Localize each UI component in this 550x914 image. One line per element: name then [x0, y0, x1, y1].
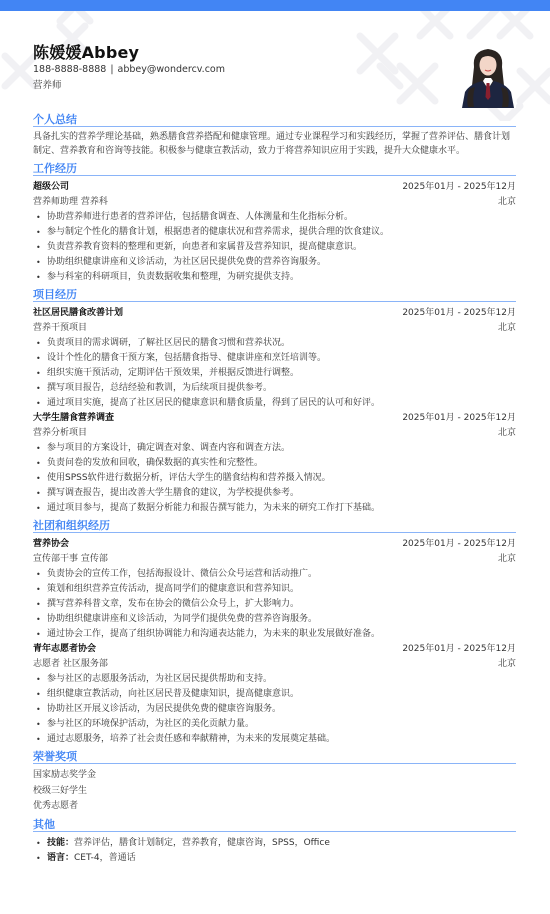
bullet-item: 协助组织健康讲座和义诊活动，为社区居民提供免费的营养咨询服务。 — [33, 255, 516, 270]
entry-organization: 营养协会 — [33, 537, 69, 552]
entry-header: 青年志愿者协会 2025年01月 - 2025年12月 — [33, 642, 516, 657]
skills-label: 技能： — [47, 838, 74, 848]
entry-header: 超级公司 2025年01月 - 2025年12月 — [33, 180, 516, 195]
bullet-item: 负责问卷的发放和回收，确保数据的真实性和完整性。 — [33, 456, 516, 471]
entry-bullets: 协助营养师进行患者的营养评估，包括膳食调查、人体测量和生化指标分析。 参与制定个… — [33, 210, 516, 285]
bullet-item: 参与制定个性化的膳食计划，根据患者的健康状况和营养需求，提供合理的饮食建议。 — [33, 225, 516, 240]
bullet-item: 协助营养师进行患者的营养评估，包括膳食调查、人体测量和生化指标分析。 — [33, 210, 516, 225]
resume-header: 陈媛媛Abbey 188-8888-8888|abbey@wondercv.co… — [33, 0, 516, 112]
bullet-item: 通过协会工作，提高了组织协调能力和沟通表达能力，为未来的职业发展做好准备。 — [33, 627, 516, 642]
section-work-experience: 工作经历 超级公司 2025年01月 - 2025年12月 营养师助理 营养科 … — [33, 161, 516, 285]
languages-label: 语言： — [47, 853, 74, 863]
section-clubs: 社团和组织经历 营养协会 2025年01月 - 2025年12月 宣传部干事 宣… — [33, 518, 516, 747]
skills-item: 技能：营养评估，膳食计划制定，营养教育，健康咨询，SPSS，Office — [33, 836, 516, 851]
entry-role: 营养师助理 营养科 — [33, 195, 108, 210]
entry-subheader: 营养干预项目 北京 — [33, 321, 516, 336]
entry-organization: 青年志愿者协会 — [33, 642, 96, 657]
entry-subheader: 宣传部干事 宣传部 北京 — [33, 552, 516, 567]
section-title-other: 其他 — [33, 817, 516, 832]
work-entry: 超级公司 2025年01月 - 2025年12月 营养师助理 营养科 北京 协助… — [33, 180, 516, 285]
other-list: 技能：营养评估，膳食计划制定，营养教育，健康咨询，SPSS，Office 语言：… — [33, 836, 516, 866]
entry-bullets: 负责项目的需求调研，了解社区居民的膳食习惯和营养状况。 设计个性化的膳食干预方案… — [33, 336, 516, 411]
entry-bullets: 参与项目的方案设计，确定调查对象、调查内容和调查方法。 负责问卷的发放和回收，确… — [33, 441, 516, 516]
candidate-name: 陈媛媛Abbey — [33, 40, 139, 63]
awards-list: 国家励志奖学金 校级三好学生 优秀志愿者 — [33, 768, 516, 815]
phone-number: 188-8888-8888 — [33, 64, 106, 75]
section-summary: 个人总结 具备扎实的营养学理论基础，熟悉膳食营养搭配和健康管理。通过专业课程学习… — [33, 112, 516, 158]
section-title-work: 工作经历 — [33, 161, 516, 176]
bullet-item: 通过志愿服务，培养了社会责任感和奉献精神，为未来的发展奠定基础。 — [33, 732, 516, 747]
entry-date-range: 2025年01月 - 2025年12月 — [402, 537, 516, 552]
section-awards: 荣誉奖项 国家励志奖学金 校级三好学生 优秀志愿者 — [33, 749, 516, 815]
languages-item: 语言：CET-4，普通话 — [33, 851, 516, 866]
entry-bullets: 负责协会的宣传工作，包括海报设计、微信公众号运营和活动推广。 策划和组织营养宣传… — [33, 567, 516, 642]
entry-location: 北京 — [498, 195, 516, 210]
entry-location: 北京 — [498, 426, 516, 441]
bullet-item: 撰写营养科普文章，发布在协会的微信公众号上，扩大影响力。 — [33, 597, 516, 612]
entry-header: 大学生膳食营养调查 2025年01月 - 2025年12月 — [33, 411, 516, 426]
bullet-item: 组织健康宣教活动，向社区居民普及健康知识，提高健康意识。 — [33, 687, 516, 702]
bullet-item: 策划和组织营养宣传活动，提高同学们的健康意识和营养知识。 — [33, 582, 516, 597]
bullet-item: 组织实施干预活动，定期评估干预效果，并根据反馈进行调整。 — [33, 366, 516, 381]
section-projects: 项目经历 社区居民膳食改善计划 2025年01月 - 2025年12月 营养干预… — [33, 287, 516, 516]
entry-role: 宣传部干事 宣传部 — [33, 552, 108, 567]
entry-role: 营养分析项目 — [33, 426, 87, 441]
entry-location: 北京 — [498, 552, 516, 567]
entry-date-range: 2025年01月 - 2025年12月 — [402, 306, 516, 321]
project-entry: 社区居民膳食改善计划 2025年01月 - 2025年12月 营养干预项目 北京… — [33, 306, 516, 411]
job-title: 营养师 — [33, 77, 62, 91]
section-other: 其他 技能：营养评估，膳食计划制定，营养教育，健康咨询，SPSS，Office … — [33, 817, 516, 866]
bullet-item: 负责协会的宣传工作，包括海报设计、微信公众号运营和活动推广。 — [33, 567, 516, 582]
entry-organization: 超级公司 — [33, 180, 69, 195]
entry-organization: 社区居民膳食改善计划 — [33, 306, 123, 321]
bullet-item: 撰写项目报告，总结经验和教训，为后续项目提供参考。 — [33, 381, 516, 396]
profile-photo — [460, 45, 516, 108]
club-entry: 青年志愿者协会 2025年01月 - 2025年12月 志愿者 社区服务部 北京… — [33, 642, 516, 747]
bullet-item: 参与社区的志愿服务活动，为社区居民提供帮助和支持。 — [33, 672, 516, 687]
languages-value: CET-4，普通话 — [74, 853, 136, 863]
award-item: 国家励志奖学金 — [33, 768, 516, 784]
section-title-projects: 项目经历 — [33, 287, 516, 302]
entry-header: 营养协会 2025年01月 - 2025年12月 — [33, 537, 516, 552]
skills-value: 营养评估，膳食计划制定，营养教育，健康咨询，SPSS，Office — [74, 838, 330, 848]
bullet-item: 通过项目参与，提高了数据分析能力和报告撰写能力，为未来的研究工作打下基础。 — [33, 501, 516, 516]
entry-location: 北京 — [498, 321, 516, 336]
award-item: 校级三好学生 — [33, 784, 516, 800]
bullet-item: 负责营养教育资料的整理和更新，向患者和家属普及营养知识，提高健康意识。 — [33, 240, 516, 255]
entry-header: 社区居民膳食改善计划 2025年01月 - 2025年12月 — [33, 306, 516, 321]
bullet-item: 参与科室的科研项目，负责数据收集和整理，为研究提供支持。 — [33, 270, 516, 285]
summary-text: 具备扎实的营养学理论基础，熟悉膳食营养搭配和健康管理。通过专业课程学习和实践经历… — [33, 131, 516, 158]
entry-date-range: 2025年01月 - 2025年12月 — [402, 180, 516, 195]
entry-organization: 大学生膳食营养调查 — [33, 411, 114, 426]
entry-role: 营养干预项目 — [33, 321, 87, 336]
section-title-summary: 个人总结 — [33, 112, 516, 127]
contact-separator: | — [110, 64, 113, 75]
email-address[interactable]: abbey@wondercv.com — [118, 64, 225, 75]
entry-subheader: 营养师助理 营养科 北京 — [33, 195, 516, 210]
project-entry: 大学生膳食营养调查 2025年01月 - 2025年12月 营养分析项目 北京 … — [33, 411, 516, 516]
section-title-clubs: 社团和组织经历 — [33, 518, 516, 533]
bullet-item: 撰写调查报告，提出改善大学生膳食的建议，为学校提供参考。 — [33, 486, 516, 501]
resume-page: 陈媛媛Abbey 188-8888-8888|abbey@wondercv.co… — [33, 0, 516, 868]
bullet-item: 参与项目的方案设计，确定调查对象、调查内容和调查方法。 — [33, 441, 516, 456]
entry-subheader: 志愿者 社区服务部 北京 — [33, 657, 516, 672]
bullet-item: 协助组织健康讲座和义诊活动，为同学们提供免费的营养咨询服务。 — [33, 612, 516, 627]
contact-line: 188-8888-8888|abbey@wondercv.com — [33, 64, 225, 75]
entry-role: 志愿者 社区服务部 — [33, 657, 108, 672]
entry-location: 北京 — [498, 657, 516, 672]
bullet-item: 通过项目实施，提高了社区居民的健康意识和膳食质量，得到了居民的认可和好评。 — [33, 396, 516, 411]
entry-date-range: 2025年01月 - 2025年12月 — [402, 411, 516, 426]
bullet-item: 参与社区的环境保护活动，为社区的美化贡献力量。 — [33, 717, 516, 732]
club-entry: 营养协会 2025年01月 - 2025年12月 宣传部干事 宣传部 北京 负责… — [33, 537, 516, 642]
bullet-item: 协助社区开展义诊活动，为居民提供免费的健康咨询服务。 — [33, 702, 516, 717]
entry-date-range: 2025年01月 - 2025年12月 — [402, 642, 516, 657]
bullet-item: 使用SPSS软件进行数据分析，评估大学生的膳食结构和营养摄入情况。 — [33, 471, 516, 486]
entry-bullets: 参与社区的志愿服务活动，为社区居民提供帮助和支持。 组织健康宣教活动，向社区居民… — [33, 672, 516, 747]
bullet-item: 设计个性化的膳食干预方案，包括膳食指导、健康讲座和烹饪培训等。 — [33, 351, 516, 366]
entry-subheader: 营养分析项目 北京 — [33, 426, 516, 441]
award-item: 优秀志愿者 — [33, 799, 516, 815]
bullet-item: 负责项目的需求调研，了解社区居民的膳食习惯和营养状况。 — [33, 336, 516, 351]
section-title-awards: 荣誉奖项 — [33, 749, 516, 764]
